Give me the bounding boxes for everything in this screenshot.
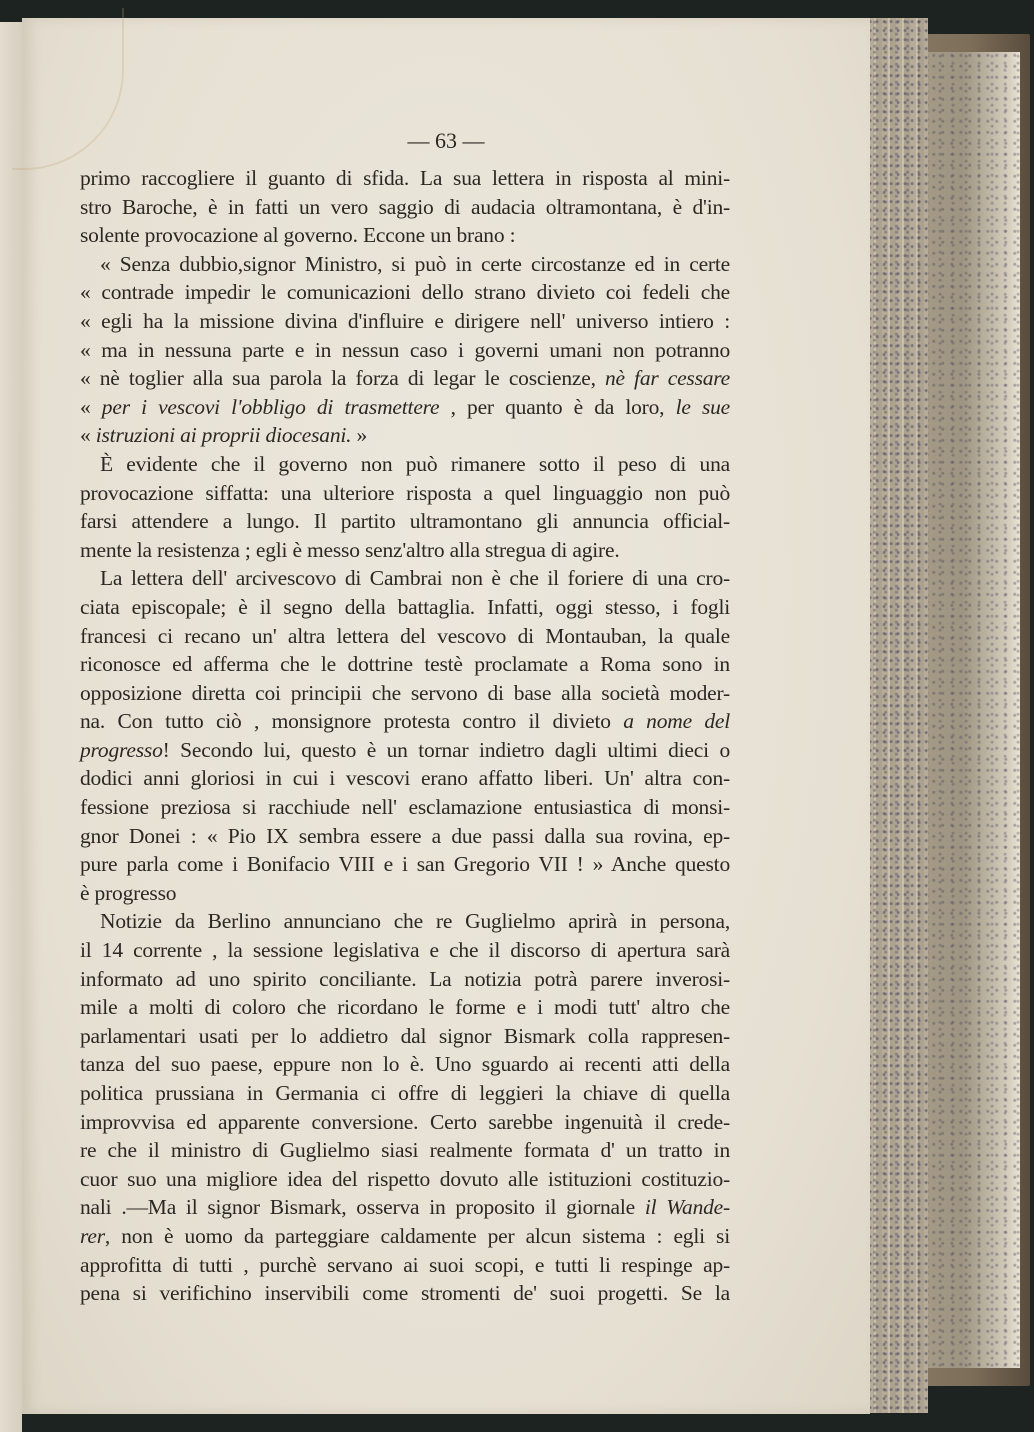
text-line: È evidente che il governo non può rimane… [80, 450, 730, 479]
text-line: provocazione siffatta: una ulteriore ris… [80, 479, 730, 508]
text-line: stro Baroche, è in fatti un vero saggio … [80, 193, 730, 222]
text-line: pena si verifichino inservibili come str… [80, 1279, 730, 1308]
text-line: farsi attendere a lungo. Il partito ultr… [80, 507, 730, 536]
text-line: progresso! Secondo lui, questo è un torn… [80, 736, 730, 765]
text-line: « istruzioni ai proprii diocesani. » [80, 421, 730, 450]
text-line: mile a molti di coloro che ricordano le … [80, 993, 730, 1022]
text-line: nali .—Ma il signor Bismark, osserva in … [80, 1193, 730, 1222]
text-line: na. Con tutto ciò , monsignore protesta … [80, 707, 730, 736]
book-page-edges [868, 18, 928, 1413]
text-line: francesi ci recano un' altra lettera del… [80, 622, 730, 651]
text-line: improvvisa ed apparente conversione. Cer… [80, 1108, 730, 1137]
left-page-sliver [0, 22, 22, 1432]
book-page: — 63 — primo raccogliere il guanto di sf… [22, 18, 870, 1414]
text-line: cuor suo una migliore idea del rispetto … [80, 1165, 730, 1194]
text-line: « ma in nessuna parte e in nessun caso i… [80, 336, 730, 365]
text-line: Notizie da Berlino annunciano che re Gug… [80, 907, 730, 936]
text-line: approfitta di tutti , purchè servano ai … [80, 1251, 730, 1280]
text-line: « Senza dubbio,signor Ministro, si può i… [80, 250, 730, 279]
text-line: « egli ha la missione divina d'influire … [80, 307, 730, 336]
text-line: opposizione diretta coi principii che se… [80, 679, 730, 708]
text-line: re che il ministro di Guglielmo siasi re… [80, 1136, 730, 1165]
text-line: « per i vescovi l'obbligo di trasmettere… [80, 393, 730, 422]
text-line: ciata episcopale; è il segno della batta… [80, 593, 730, 622]
text-line: tanza del suo paese, eppure non lo è. Un… [80, 1050, 730, 1079]
text-line: solente provocazione al governo. Eccone … [80, 221, 730, 250]
text-line: è progresso [80, 879, 730, 908]
text-line: fessione preziosa si racchiude nell' esc… [80, 793, 730, 822]
text-line: mente la resistenza ; egli è messo senz'… [80, 536, 730, 565]
text-line: riconosce ed afferma che le dottrine tes… [80, 650, 730, 679]
text-line: dodici anni gloriosi in cui i vescovi er… [80, 764, 730, 793]
text-line: « contrade impedir le comunicazioni dell… [80, 278, 730, 307]
text-line: « nè toglier alla sua parola la forza di… [80, 364, 730, 393]
text-line: informato ad uno spirito conciliante. La… [80, 965, 730, 994]
text-line: primo raccogliere il guanto di sfida. La… [80, 164, 730, 193]
text-line: pure parla come i Bonifacio VIII e i san… [80, 850, 730, 879]
text-line: rer, non è uomo da parteggiare caldament… [80, 1222, 730, 1251]
text-line: politica prussiana in Germania ci offre … [80, 1079, 730, 1108]
page-body-text: primo raccogliere il guanto di sfida. La… [80, 164, 730, 1308]
text-line: il 14 corrente , la sessione legislativa… [80, 936, 730, 965]
text-line: La lettera dell' arcivescovo di Cambrai … [80, 564, 730, 593]
text-line: gnor Donei : « Pio IX sembra essere a du… [80, 822, 730, 851]
text-line: parlamentari usati per lo addietro dal s… [80, 1022, 730, 1051]
page-number: — 63 — [22, 128, 870, 154]
